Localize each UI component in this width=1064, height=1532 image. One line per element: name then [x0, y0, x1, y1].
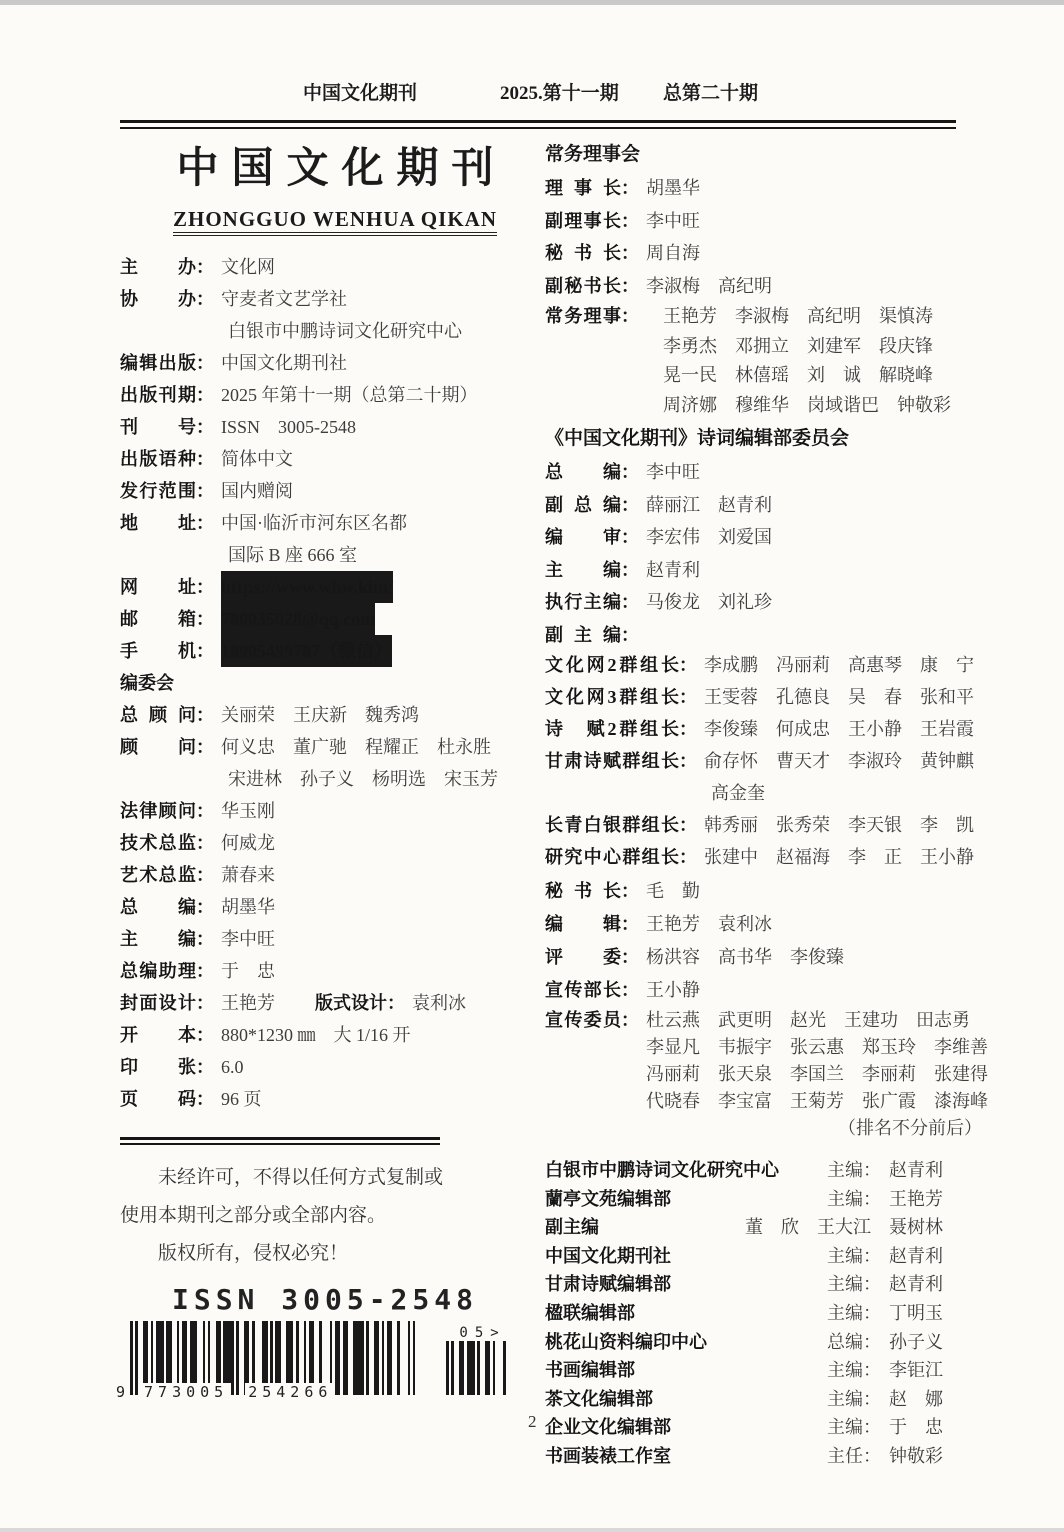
running-head-volume: 总第二十期 — [663, 78, 758, 105]
council-value: 周自海 — [646, 237, 700, 270]
board-row: 主编：李中旺 — [120, 923, 550, 955]
info-label: 编辑出版 — [120, 347, 196, 379]
colon: ： — [621, 302, 639, 332]
colon: ： — [679, 747, 697, 779]
editor-person: 赵青利 — [889, 1274, 943, 1294]
department-editor: 总编：孙子义 — [827, 1328, 943, 1357]
editor-person: 赵青利 — [889, 1160, 943, 1180]
colon: ： — [196, 987, 214, 1019]
poetry-committee-heading: 《中国文化期刊》诗词编辑部委员会 — [545, 422, 943, 456]
committee-row: 总编：李中旺 — [545, 456, 943, 489]
info-label: 手机 — [120, 635, 196, 667]
board-value: 何威龙 — [221, 827, 275, 859]
council-rows: 理事长：胡墨华 副理事长：李中旺 秘书长：周自海 副秘书长：李淑梅 高纪明 常务… — [545, 172, 943, 420]
board-label: 总编 — [120, 891, 196, 923]
info-label: 协办 — [120, 283, 196, 315]
group-value: 张建中 赵福海 李 正 王小静 — [704, 843, 974, 875]
publicity-label: 宣传委员 — [545, 1007, 621, 1034]
department-editor: 主编：赵青利 — [827, 1270, 943, 1299]
info-value: 白银市中鹏诗词文化研究中心 — [228, 315, 462, 347]
group-leader-rows: 文化网2群组长：李成鹏 冯丽莉 高惠琴 康 宁 文化网3群组长：王雯蓉 孔德良 … — [545, 651, 943, 875]
info-value: 简体中文 — [221, 443, 293, 475]
department-name: 中国文化期刊社 — [545, 1242, 671, 1271]
colon: ： — [621, 619, 639, 652]
info-label: 网址 — [120, 571, 196, 603]
barcode-digits: 9 773005 254266 — [114, 1383, 418, 1401]
colon: ： — [196, 283, 214, 315]
group-label: 研究中心群组长 — [545, 843, 679, 875]
running-head: 中国文化期刊 2025.第十一期 总第二十期 — [0, 78, 1064, 102]
board-label: 顾问 — [120, 731, 196, 763]
board-value: 胡墨华 — [221, 891, 275, 923]
info-row: 刊号：ISSN 3005-2548 — [120, 411, 550, 443]
group-row: 文化网3群组长：王雯蓉 孔德良 吴 春 张和平 — [545, 683, 943, 715]
colon: ： — [621, 270, 639, 303]
board-row-continuation: 宋进林 孙子义 杨明选 宋玉芳 — [120, 763, 550, 795]
committee-row: 宣传部长：王小静 — [545, 974, 943, 1007]
layout-design-value: 袁利冰 — [412, 987, 466, 1019]
members-line: 周济娜 穆维华 岗域谐巴 钟敬彩 — [663, 391, 951, 421]
info-value: 2025 年第十一期（总第二十期） — [221, 379, 478, 411]
department-editor: 主编：赵青利 — [827, 1242, 943, 1271]
council-heading: 常务理事会 — [545, 138, 943, 172]
info-value: 中国文化期刊社 — [221, 347, 347, 379]
editor-person: 李钜江 — [889, 1360, 943, 1380]
issn-barcode: ISSN 3005-2548 9 773005 254266 05> — [130, 1283, 520, 1395]
info-row: 出版语种：简体中文 — [120, 443, 550, 475]
barcode-addon: 05> — [446, 1325, 506, 1395]
board-value: 华玉刚 — [221, 795, 275, 827]
scan-edge-top — [0, 0, 1064, 5]
format-label: 印张 — [120, 1051, 196, 1083]
department-row: 茶文化编辑部主编：赵 娜 — [545, 1385, 943, 1414]
board-row: 法律顾问：华玉刚 — [120, 795, 550, 827]
colon: ： — [196, 827, 214, 859]
department-row: 桃花山资料编印中心总编：孙子义 — [545, 1328, 943, 1357]
publicity-members-row: 宣传委员： 杜云燕 武更明 赵光 王建功 田志勇 李显凡 韦振宇 张云惠 郑玉玲… — [545, 1007, 943, 1142]
colon: ： — [196, 411, 214, 443]
board-value: 关丽荣 王庆新 魏秀鸿 — [221, 699, 419, 731]
group-row: 诗 赋2群组长：李俊臻 何成忠 王小静 王岩霞 — [545, 715, 943, 747]
colon: ： — [621, 237, 639, 270]
department-name: 副主编 — [545, 1213, 599, 1242]
council-row: 秘书长：周自海 — [545, 237, 943, 270]
editor-person: 王艳芳 — [889, 1189, 943, 1209]
header-double-rule — [120, 120, 956, 129]
department-row: 副主编董 欣 王大江 聂树林 — [545, 1213, 943, 1242]
scan-edge-bottom — [0, 1528, 1064, 1532]
publicity-note: （排名不分前后） — [646, 1115, 988, 1142]
publicity-line: 代晓春 李宝富 王菊芳 张广霞 漆海峰 — [646, 1088, 988, 1115]
info-value: 守麦者文艺学社 — [221, 283, 347, 315]
colon: ： — [196, 859, 214, 891]
council-label: 副秘书长 — [545, 270, 621, 303]
board-row: 总编：胡墨华 — [120, 891, 550, 923]
journal-colophon-page: 中国文化期刊 2025.第十一期 总第二十期 中国文化期刊 ZHONGGUO W… — [0, 0, 1064, 1532]
department-row: 企业文化编辑部主编：于 忠 — [545, 1413, 943, 1442]
barcode-row: 9 773005 254266 05> — [130, 1321, 520, 1395]
colon: ： — [196, 1083, 214, 1115]
publicity-line: 李显凡 韦振宇 张云惠 郑玉玲 李维善 — [646, 1034, 988, 1061]
running-head-issue: 2025.第十一期 — [500, 78, 619, 105]
copyright-line: 未经许可，不得以任何方式复制或 — [120, 1159, 550, 1197]
members-line: 王艳芳 李淑梅 高纪明 渠慎涛 — [663, 302, 951, 332]
committee-row: 评委：杨洪容 高书华 李俊臻 — [545, 941, 943, 974]
journal-title-romanized: ZHONGGUO WENHUA QIKAN — [173, 207, 497, 236]
colon: ： — [621, 875, 639, 908]
info-label: 出版刊期 — [120, 379, 196, 411]
colon: ： — [621, 554, 639, 587]
editorial-board-heading: 编委会 — [120, 667, 550, 699]
committee-row: 副主编： — [545, 619, 943, 652]
publicity-line: 杜云燕 武更明 赵光 王建功 田志勇 — [646, 1007, 988, 1034]
council-row: 理事长：胡墨华 — [545, 172, 943, 205]
editor-person: 赵 娜 — [889, 1389, 943, 1409]
committee-label: 总编 — [545, 456, 621, 489]
departments-list: 白银市中鹏诗词文化研究中心主编：赵青利 蘭亭文苑编辑部主编：王艳芳 副主编董 欣… — [545, 1156, 943, 1471]
committee-label: 编审 — [545, 521, 621, 554]
copyright-line: 使用本期刊之部分或全部内容。 — [120, 1197, 550, 1235]
colon: ： — [196, 795, 214, 827]
barcode-digit-group: 773005 — [141, 1383, 231, 1401]
committee-label: 秘书长 — [545, 875, 621, 908]
info-value: 中国·临沂市河东区名都 — [221, 507, 407, 539]
group-row: 研究中心群组长：张建中 赵福海 李 正 王小静 — [545, 843, 943, 875]
poetry-committee-rows: 总编：李中旺 副总编：薛丽江 赵青利 编审：李宏伟 刘爱国 主编：赵青利 执行主… — [545, 456, 943, 651]
editor-role: 主编： — [827, 1189, 881, 1209]
board-row: 总编助理：于 忠 — [120, 955, 550, 987]
board-label: 总编助理 — [120, 955, 196, 987]
colon: ： — [196, 699, 214, 731]
editor-role: 主编： — [827, 1360, 881, 1380]
committee-label: 主编 — [545, 554, 621, 587]
colon: ： — [387, 987, 405, 1019]
department-name: 书画装裱工作室 — [545, 1442, 671, 1471]
colon: ： — [196, 475, 214, 507]
colon: ： — [621, 908, 639, 941]
colon: ： — [621, 456, 639, 489]
board-row: 艺术总监：萧春来 — [120, 859, 550, 891]
department-name: 甘肃诗赋编辑部 — [545, 1270, 671, 1299]
department-editor: 主任：钟敬彩 — [827, 1442, 943, 1471]
group-label: 甘肃诗赋群组长 — [545, 747, 679, 779]
editor-role: 主编： — [827, 1160, 881, 1180]
committee-label: 副主编 — [545, 619, 621, 652]
colon: ： — [621, 205, 639, 238]
format-value: 6.0 — [221, 1051, 244, 1083]
committee-row: 副总编：薛丽江 赵青利 — [545, 489, 943, 522]
info-row: 发行范围：国内赠阅 — [120, 475, 550, 507]
committee-value: 王艳芳 袁利冰 — [646, 908, 772, 941]
editor-role: 主编： — [827, 1303, 881, 1323]
info-row: 编辑出版：中国文化期刊社 — [120, 347, 550, 379]
committee-row: 编审：李宏伟 刘爱国 — [545, 521, 943, 554]
colon: ： — [621, 586, 639, 619]
info-label: 发行范围 — [120, 475, 196, 507]
journal-title: 中国文化期刊 — [120, 142, 550, 196]
department-editor: 董 欣 王大江 聂树林 — [737, 1213, 943, 1242]
email-address: 780035028@qq.com — [221, 603, 375, 635]
barcode-main: 9 773005 254266 — [130, 1321, 418, 1395]
editor-role: 主任： — [827, 1446, 881, 1466]
colon: ： — [196, 603, 214, 635]
left-column: 中国文化期刊 ZHONGGUO WENHUA QIKAN 主办：文化网 协办：守… — [120, 138, 550, 1395]
board-label: 主编 — [120, 923, 196, 955]
barcode-digit-group: 254266 — [245, 1383, 335, 1401]
format-value: 96 页 — [221, 1083, 262, 1115]
format-row: 印张：6.0 — [120, 1051, 550, 1083]
colon: ： — [679, 651, 697, 683]
colon: ： — [196, 955, 214, 987]
department-editor: 主编：王艳芳 — [827, 1185, 943, 1214]
info-label: 邮箱 — [120, 603, 196, 635]
board-label: 总顾问 — [120, 699, 196, 731]
group-value: 李成鹏 冯丽莉 高惠琴 康 宁 — [704, 651, 974, 683]
info-label: 地址 — [120, 507, 196, 539]
layout-design-label: 版式设计 — [315, 987, 387, 1019]
department-editor: 主编：赵 娜 — [827, 1385, 943, 1414]
group-label: 文化网2群组长 — [545, 651, 679, 683]
board-label: 技术总监 — [120, 827, 196, 859]
info-value: 文化网 — [221, 251, 275, 283]
council-members-label: 常务理事 — [545, 302, 621, 332]
barcode-addon-bars — [446, 1341, 506, 1395]
colon: ： — [196, 347, 214, 379]
cover-design-label: 封面设计 — [120, 987, 196, 1019]
format-value: 880*1230 ㎜ 大 1/16 开 — [221, 1019, 411, 1051]
colon: ： — [679, 683, 697, 715]
group-label: 诗 赋2群组长 — [545, 715, 679, 747]
committee-value: 李宏伟 刘爱国 — [646, 521, 772, 554]
colon: ： — [679, 715, 697, 747]
group-row: 文化网2群组长：李成鹏 冯丽莉 高惠琴 康 宁 — [545, 651, 943, 683]
board-value: 萧春来 — [221, 859, 275, 891]
editor-role: 主编： — [827, 1246, 881, 1266]
format-row: 开本：880*1230 ㎜ 大 1/16 开 — [120, 1019, 550, 1051]
council-label: 秘书长 — [545, 237, 621, 270]
committee-value: 毛 勤 — [646, 875, 700, 908]
info-label: 出版语种 — [120, 443, 196, 475]
colon: ： — [196, 251, 214, 283]
editor-person: 丁明玉 — [889, 1303, 943, 1323]
board-row: 总顾问：关丽荣 王庆新 魏秀鸿 — [120, 699, 550, 731]
department-editor: 主编：于 忠 — [827, 1413, 943, 1442]
colon: ： — [196, 635, 214, 667]
colon: ： — [621, 941, 639, 974]
colon: ： — [679, 811, 697, 843]
department-editor: 主编：赵青利 — [827, 1156, 943, 1185]
info-label: 主办 — [120, 251, 196, 283]
barcode-gap — [495, 1341, 503, 1395]
group-value: 李俊臻 何成忠 王小静 王岩霞 — [704, 715, 974, 747]
members-line: 晃一民 林僖瑶 刘 诚 解晓峰 — [663, 361, 951, 391]
right-column: 常务理事会 理事长：胡墨华 副理事长：李中旺 秘书长：周自海 副秘书长：李淑梅 … — [545, 138, 943, 1471]
colon: ： — [196, 923, 214, 955]
group-row: 甘肃诗赋群组长：俞存怀 曹天才 李淑玲 黄钟麒 — [545, 747, 943, 779]
colon: ： — [621, 974, 639, 1007]
editor-person: 董 欣 王大江 聂树林 — [745, 1217, 943, 1237]
committee-value: 杨洪容 高书华 李俊臻 — [646, 941, 844, 974]
members-line: 李勇杰 邓拥立 刘建军 段庆锋 — [663, 332, 951, 362]
council-members-list: 王艳芳 李淑梅 高纪明 渠慎涛 李勇杰 邓拥立 刘建军 段庆锋 晃一民 林僖瑶 … — [663, 302, 951, 420]
committee-row: 秘书长：毛 勤 — [545, 875, 943, 908]
colon: ： — [621, 489, 639, 522]
info-row: 手机：18905499787（微信） — [120, 635, 550, 667]
department-row: 蘭亭文苑编辑部主编：王艳芳 — [545, 1185, 943, 1214]
colon: ： — [196, 443, 214, 475]
editor-role: 主编： — [827, 1389, 881, 1409]
group-label: 长青白银群组长 — [545, 811, 679, 843]
department-row: 书画编辑部主编：李钜江 — [545, 1356, 943, 1385]
info-row-continuation: 白银市中鹏诗词文化研究中心 — [120, 315, 550, 347]
committee-label: 评委 — [545, 941, 621, 974]
colon: ： — [196, 731, 214, 763]
colon: ： — [621, 521, 639, 554]
committee-label: 副总编 — [545, 489, 621, 522]
info-row: 协办：守麦者文艺学社 — [120, 283, 550, 315]
info-row: 主办：文化网 — [120, 251, 550, 283]
info-value: 国际 B 座 666 室 — [228, 539, 357, 571]
copyright-double-rule — [120, 1137, 440, 1145]
council-label: 副理事长 — [545, 205, 621, 238]
colon: ： — [679, 843, 697, 875]
department-row: 白银市中鹏诗词文化研究中心主编：赵青利 — [545, 1156, 943, 1185]
committee-row: 执行主编：马俊龙 刘礼珍 — [545, 586, 943, 619]
board-row: 技术总监：何威龙 — [120, 827, 550, 859]
info-row: 地址：中国·临沂市河东区名都 — [120, 507, 550, 539]
copyright-notice: 未经许可，不得以任何方式复制或 使用本期刊之部分或全部内容。 版权所有，侵权必究… — [120, 1159, 550, 1273]
info-label: 刊号 — [120, 411, 196, 443]
publication-info: 主办：文化网 协办：守麦者文艺学社 白银市中鹏诗词文化研究中心 编辑出版：中国文… — [120, 251, 550, 1115]
info-value: ISSN 3005-2548 — [221, 411, 356, 443]
council-value: 李淑梅 高纪明 — [646, 270, 772, 303]
group-row-continuation: 高金奎 — [545, 779, 943, 811]
group-value: 韩秀丽 张秀荣 李天银 李 凯 — [704, 811, 974, 843]
committee-rows-2: 秘书长：毛 勤 编辑：王艳芳 袁利冰 评委：杨洪容 高书华 李俊臻 宣传部长：王… — [545, 875, 943, 1142]
council-row: 副理事长：李中旺 — [545, 205, 943, 238]
committee-label: 执行主编 — [545, 586, 621, 619]
editor-role: 主编： — [827, 1274, 881, 1294]
website-url: https://www.whw.kim/ — [221, 571, 393, 603]
editor-person: 钟敬彩 — [889, 1446, 943, 1466]
council-row: 副秘书长：李淑梅 高纪明 — [545, 270, 943, 303]
format-row: 页码：96 页 — [120, 1083, 550, 1115]
department-row: 中国文化期刊社主编：赵青利 — [545, 1242, 943, 1271]
publicity-line: 冯丽莉 张天泉 李国兰 李丽莉 张建得 — [646, 1061, 988, 1088]
colon: ： — [196, 571, 214, 603]
group-label: 文化网3群组长 — [545, 683, 679, 715]
department-name: 茶文化编辑部 — [545, 1385, 653, 1414]
department-editor: 主编：李钜江 — [827, 1356, 943, 1385]
committee-label: 编辑 — [545, 908, 621, 941]
committee-value: 李中旺 — [646, 456, 700, 489]
info-row: 网址：https://www.whw.kim/ — [120, 571, 550, 603]
colon: ： — [196, 1019, 214, 1051]
colon: ： — [196, 507, 214, 539]
council-value: 李中旺 — [646, 205, 700, 238]
council-members-row: 常务理事： 王艳芳 李淑梅 高纪明 渠慎涛 李勇杰 邓拥立 刘建军 段庆锋 晃一… — [545, 302, 943, 420]
barcode-digit-lead: 9 — [114, 1383, 127, 1401]
phone-number: 18905499787（微信） — [221, 635, 392, 667]
department-name: 企业文化编辑部 — [545, 1413, 671, 1442]
board-value: 李中旺 — [221, 923, 275, 955]
group-value: 王雯蓉 孔德良 吴 春 张和平 — [704, 683, 974, 715]
committee-value: 王小静 — [646, 974, 700, 1007]
editor-role: 总编： — [827, 1332, 881, 1352]
board-row: 顾问：何义忠 董广驰 程耀正 杜永胜 — [120, 731, 550, 763]
issn-number: ISSN 3005-2548 — [130, 1283, 520, 1317]
department-name: 楹联编辑部 — [545, 1299, 635, 1328]
committee-value: 薛丽江 赵青利 — [646, 489, 772, 522]
board-label: 艺术总监 — [120, 859, 196, 891]
barcode-bar — [467, 1341, 475, 1395]
editor-person: 赵青利 — [889, 1246, 943, 1266]
info-row: 邮箱：780035028@qq.com — [120, 603, 550, 635]
colon: ： — [621, 172, 639, 205]
journal-title-romanized-wrap: ZHONGGUO WENHUA QIKAN — [120, 204, 550, 237]
colon: ： — [196, 379, 214, 411]
committee-label: 宣传部长 — [545, 974, 621, 1007]
council-value: 胡墨华 — [646, 172, 700, 205]
department-row: 甘肃诗赋编辑部主编：赵青利 — [545, 1270, 943, 1299]
colon: ： — [621, 1007, 639, 1034]
design-row: 封面设计：王艳芳版式设计：袁利冰 — [120, 987, 550, 1019]
colon: ： — [196, 891, 214, 923]
publicity-members-list: 杜云燕 武更明 赵光 王建功 田志勇 李显凡 韦振宇 张云惠 郑玉玲 李维善 冯… — [646, 1007, 988, 1142]
committee-row: 主编：赵青利 — [545, 554, 943, 587]
group-value: 高金奎 — [711, 779, 765, 811]
board-label: 法律顾问 — [120, 795, 196, 827]
department-row: 楹联编辑部主编：丁明玉 — [545, 1299, 943, 1328]
colon: ： — [196, 1051, 214, 1083]
board-value: 于 忠 — [221, 955, 275, 987]
copyright-line: 版权所有，侵权必究！ — [120, 1235, 550, 1273]
board-value: 宋进林 孙子义 杨明选 宋玉芳 — [228, 763, 498, 795]
department-name: 桃花山资料编印中心 — [545, 1328, 707, 1357]
council-label: 理事长 — [545, 172, 621, 205]
info-value: 国内赠阅 — [221, 475, 293, 507]
page-number: 2 — [528, 1412, 537, 1432]
committee-row: 编辑：王艳芳 袁利冰 — [545, 908, 943, 941]
department-name: 蘭亭文苑编辑部 — [545, 1185, 671, 1214]
department-name: 书画编辑部 — [545, 1356, 635, 1385]
editor-role: 主编： — [827, 1417, 881, 1437]
group-row: 长青白银群组长：韩秀丽 张秀荣 李天银 李 凯 — [545, 811, 943, 843]
department-row: 书画装裱工作室主任：钟敬彩 — [545, 1442, 943, 1471]
barcode-addon-text: 05> — [459, 1325, 505, 1341]
barcode-bar — [503, 1341, 506, 1395]
group-value: 俞存怀 曹天才 李淑玲 黄钟麒 — [704, 747, 974, 779]
info-row-continuation: 国际 B 座 666 室 — [120, 539, 550, 571]
department-editor: 主编：丁明玉 — [827, 1299, 943, 1328]
department-name: 白银市中鹏诗词文化研究中心 — [545, 1156, 779, 1185]
running-head-journal: 中国文化期刊 — [303, 78, 417, 105]
committee-value: 马俊龙 刘礼珍 — [646, 586, 772, 619]
format-label: 开本 — [120, 1019, 196, 1051]
format-label: 页码 — [120, 1083, 196, 1115]
committee-value: 赵青利 — [646, 554, 700, 587]
board-value: 何义忠 董广驰 程耀正 杜永胜 — [221, 731, 491, 763]
cover-design-value: 王艳芳 — [221, 987, 313, 1019]
info-row: 出版刊期：2025 年第十一期（总第二十期） — [120, 379, 550, 411]
editor-person: 于 忠 — [889, 1417, 943, 1437]
editor-person: 孙子义 — [889, 1332, 943, 1352]
